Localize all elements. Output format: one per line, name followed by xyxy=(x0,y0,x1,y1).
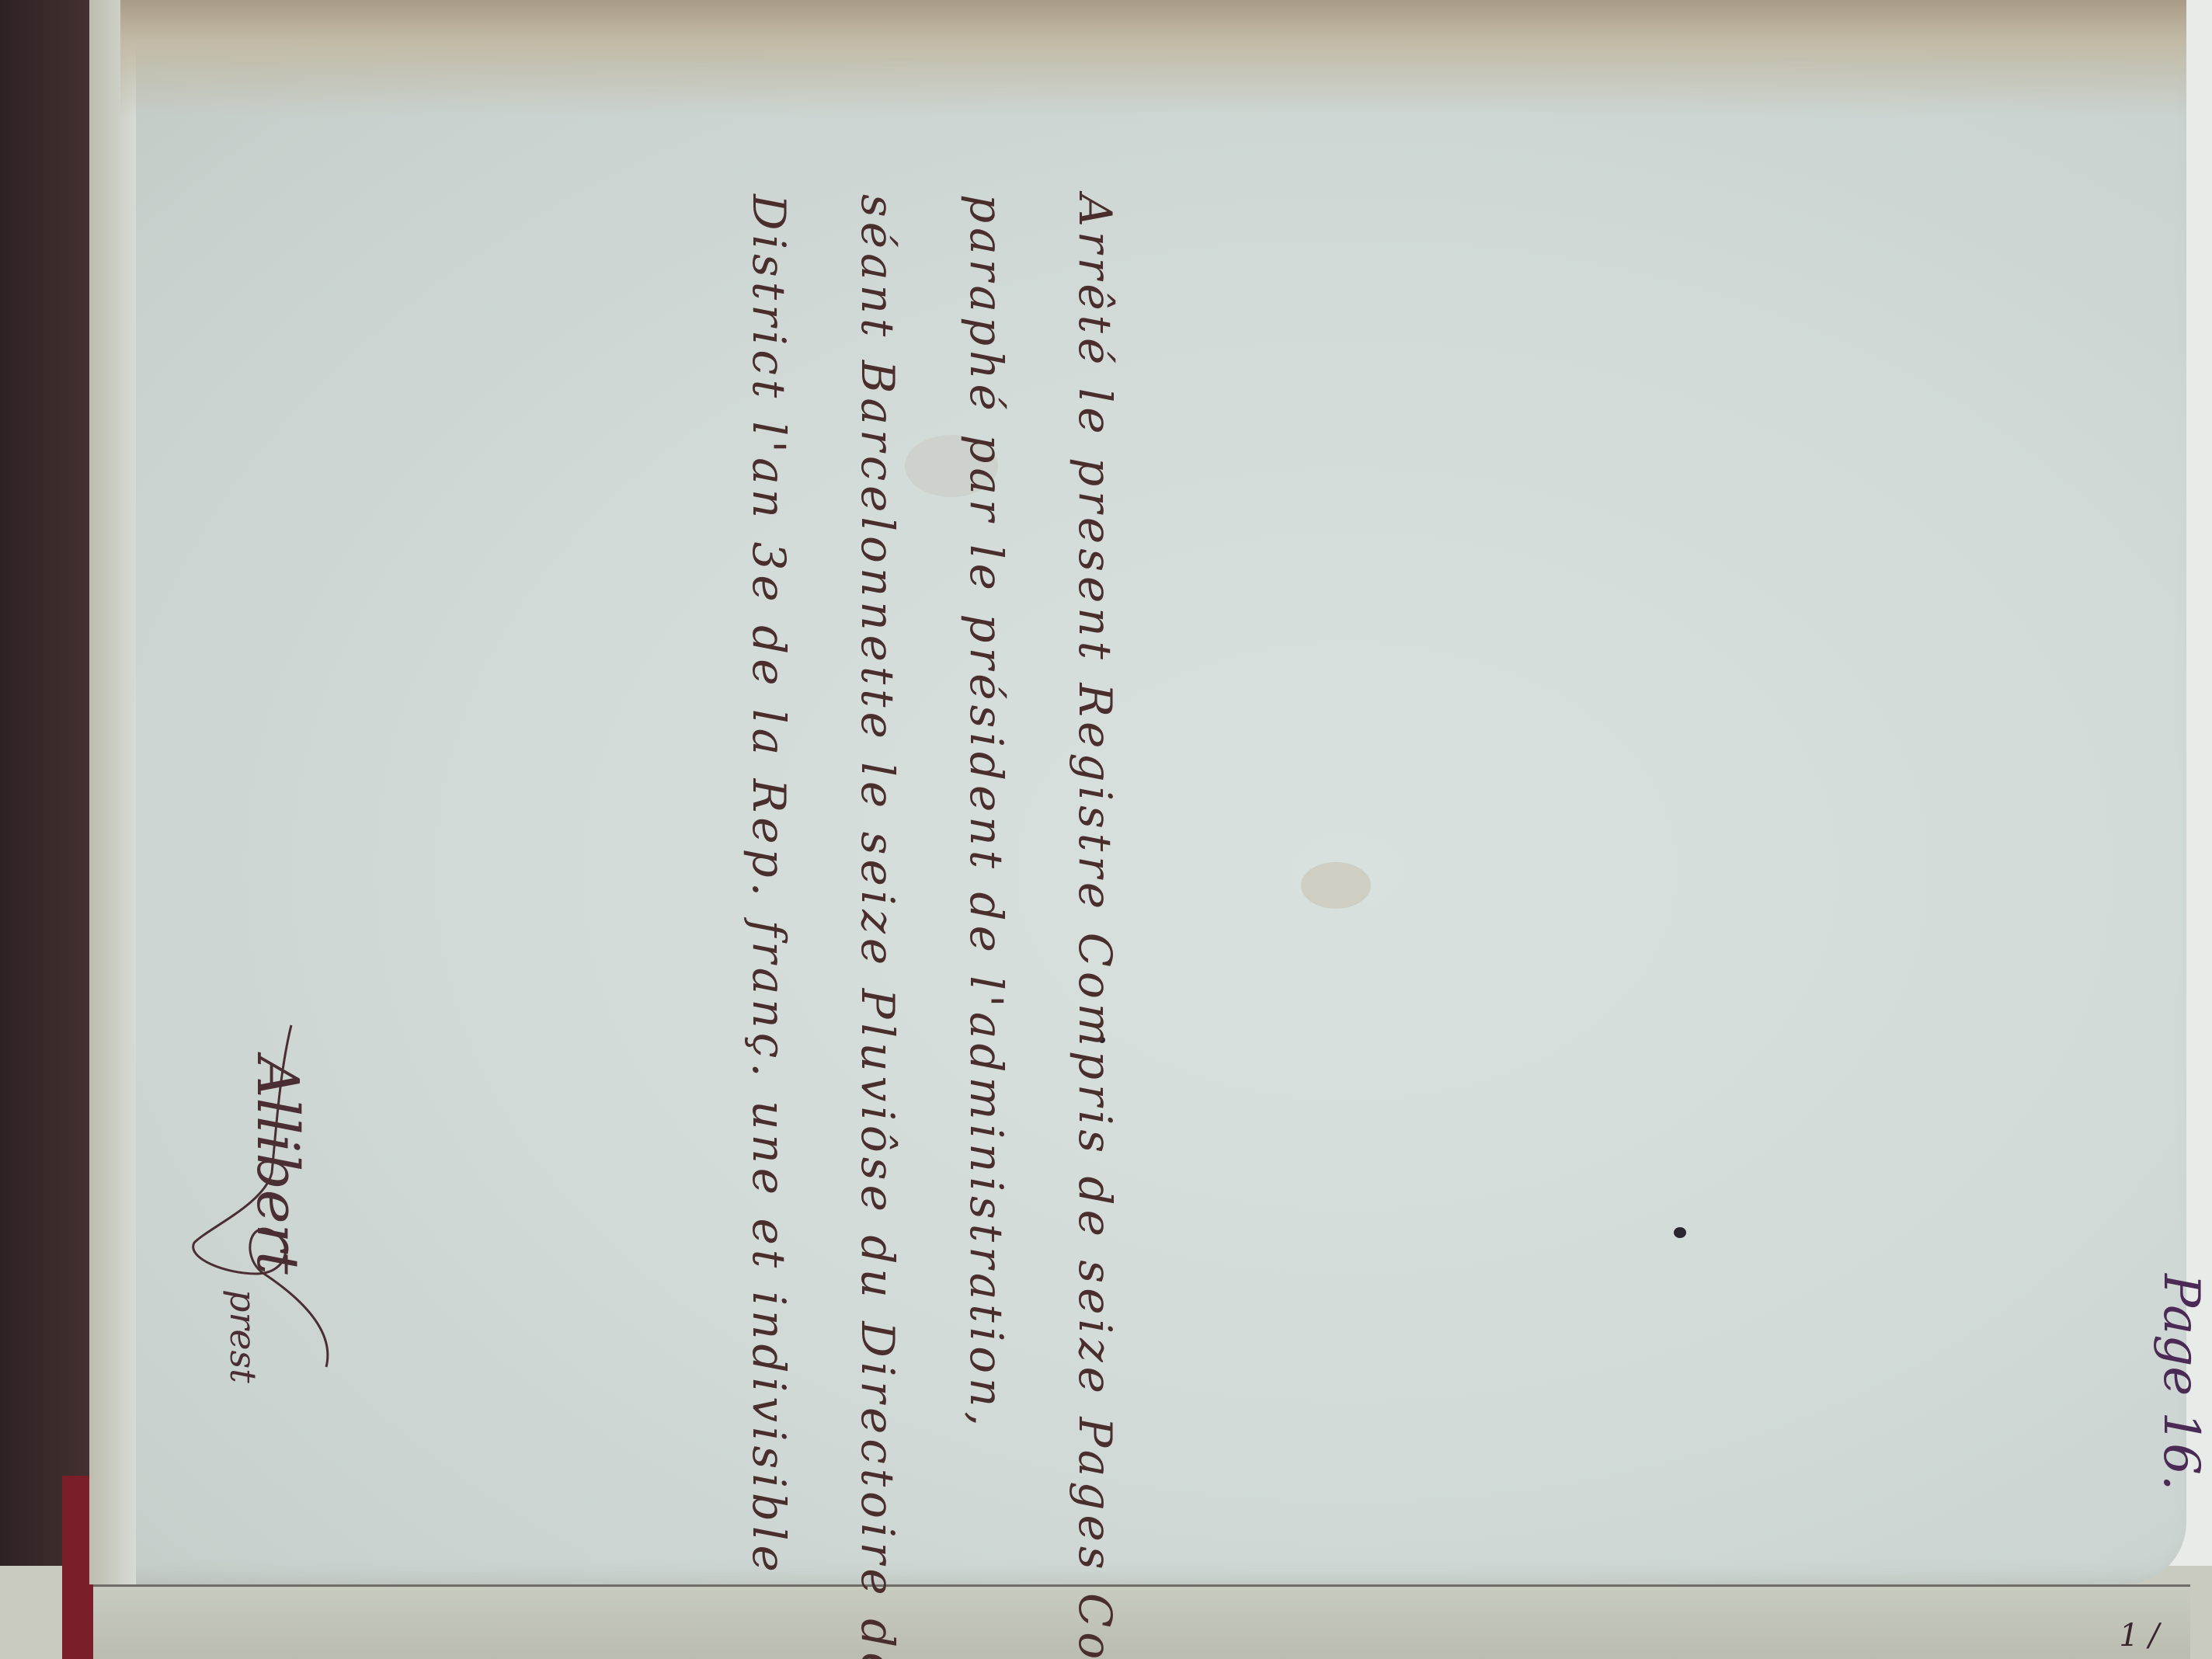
text-line-1: Arrêté le present Registre Compris de se… xyxy=(1041,194,1149,1553)
text-line-3: séant Barcelonnette le seize Pluviôse du… xyxy=(823,194,932,1553)
signature-title: prest xyxy=(222,1289,264,1383)
signature-name: Allibert xyxy=(244,1056,311,1275)
text-line-4: District l'an 3e de la Rep. franç. une e… xyxy=(715,194,823,1553)
facing-page-mark: 1 / xyxy=(2119,1618,2159,1654)
facing-page: 1 / xyxy=(93,1584,2190,1659)
page-number: Page 16. xyxy=(2152,1274,2210,1490)
signature: Allibert prest xyxy=(179,1010,381,1382)
page-deckle-edge xyxy=(89,0,136,1584)
manuscript-text-block: Arrêté le present Registre Compris de se… xyxy=(450,194,1149,1553)
paper-stain xyxy=(1301,862,1371,909)
text-line-2: paraphé par le président de l'administra… xyxy=(932,194,1041,1553)
page-gutter-shadow xyxy=(120,0,2186,117)
ink-spot xyxy=(1674,1227,1686,1238)
